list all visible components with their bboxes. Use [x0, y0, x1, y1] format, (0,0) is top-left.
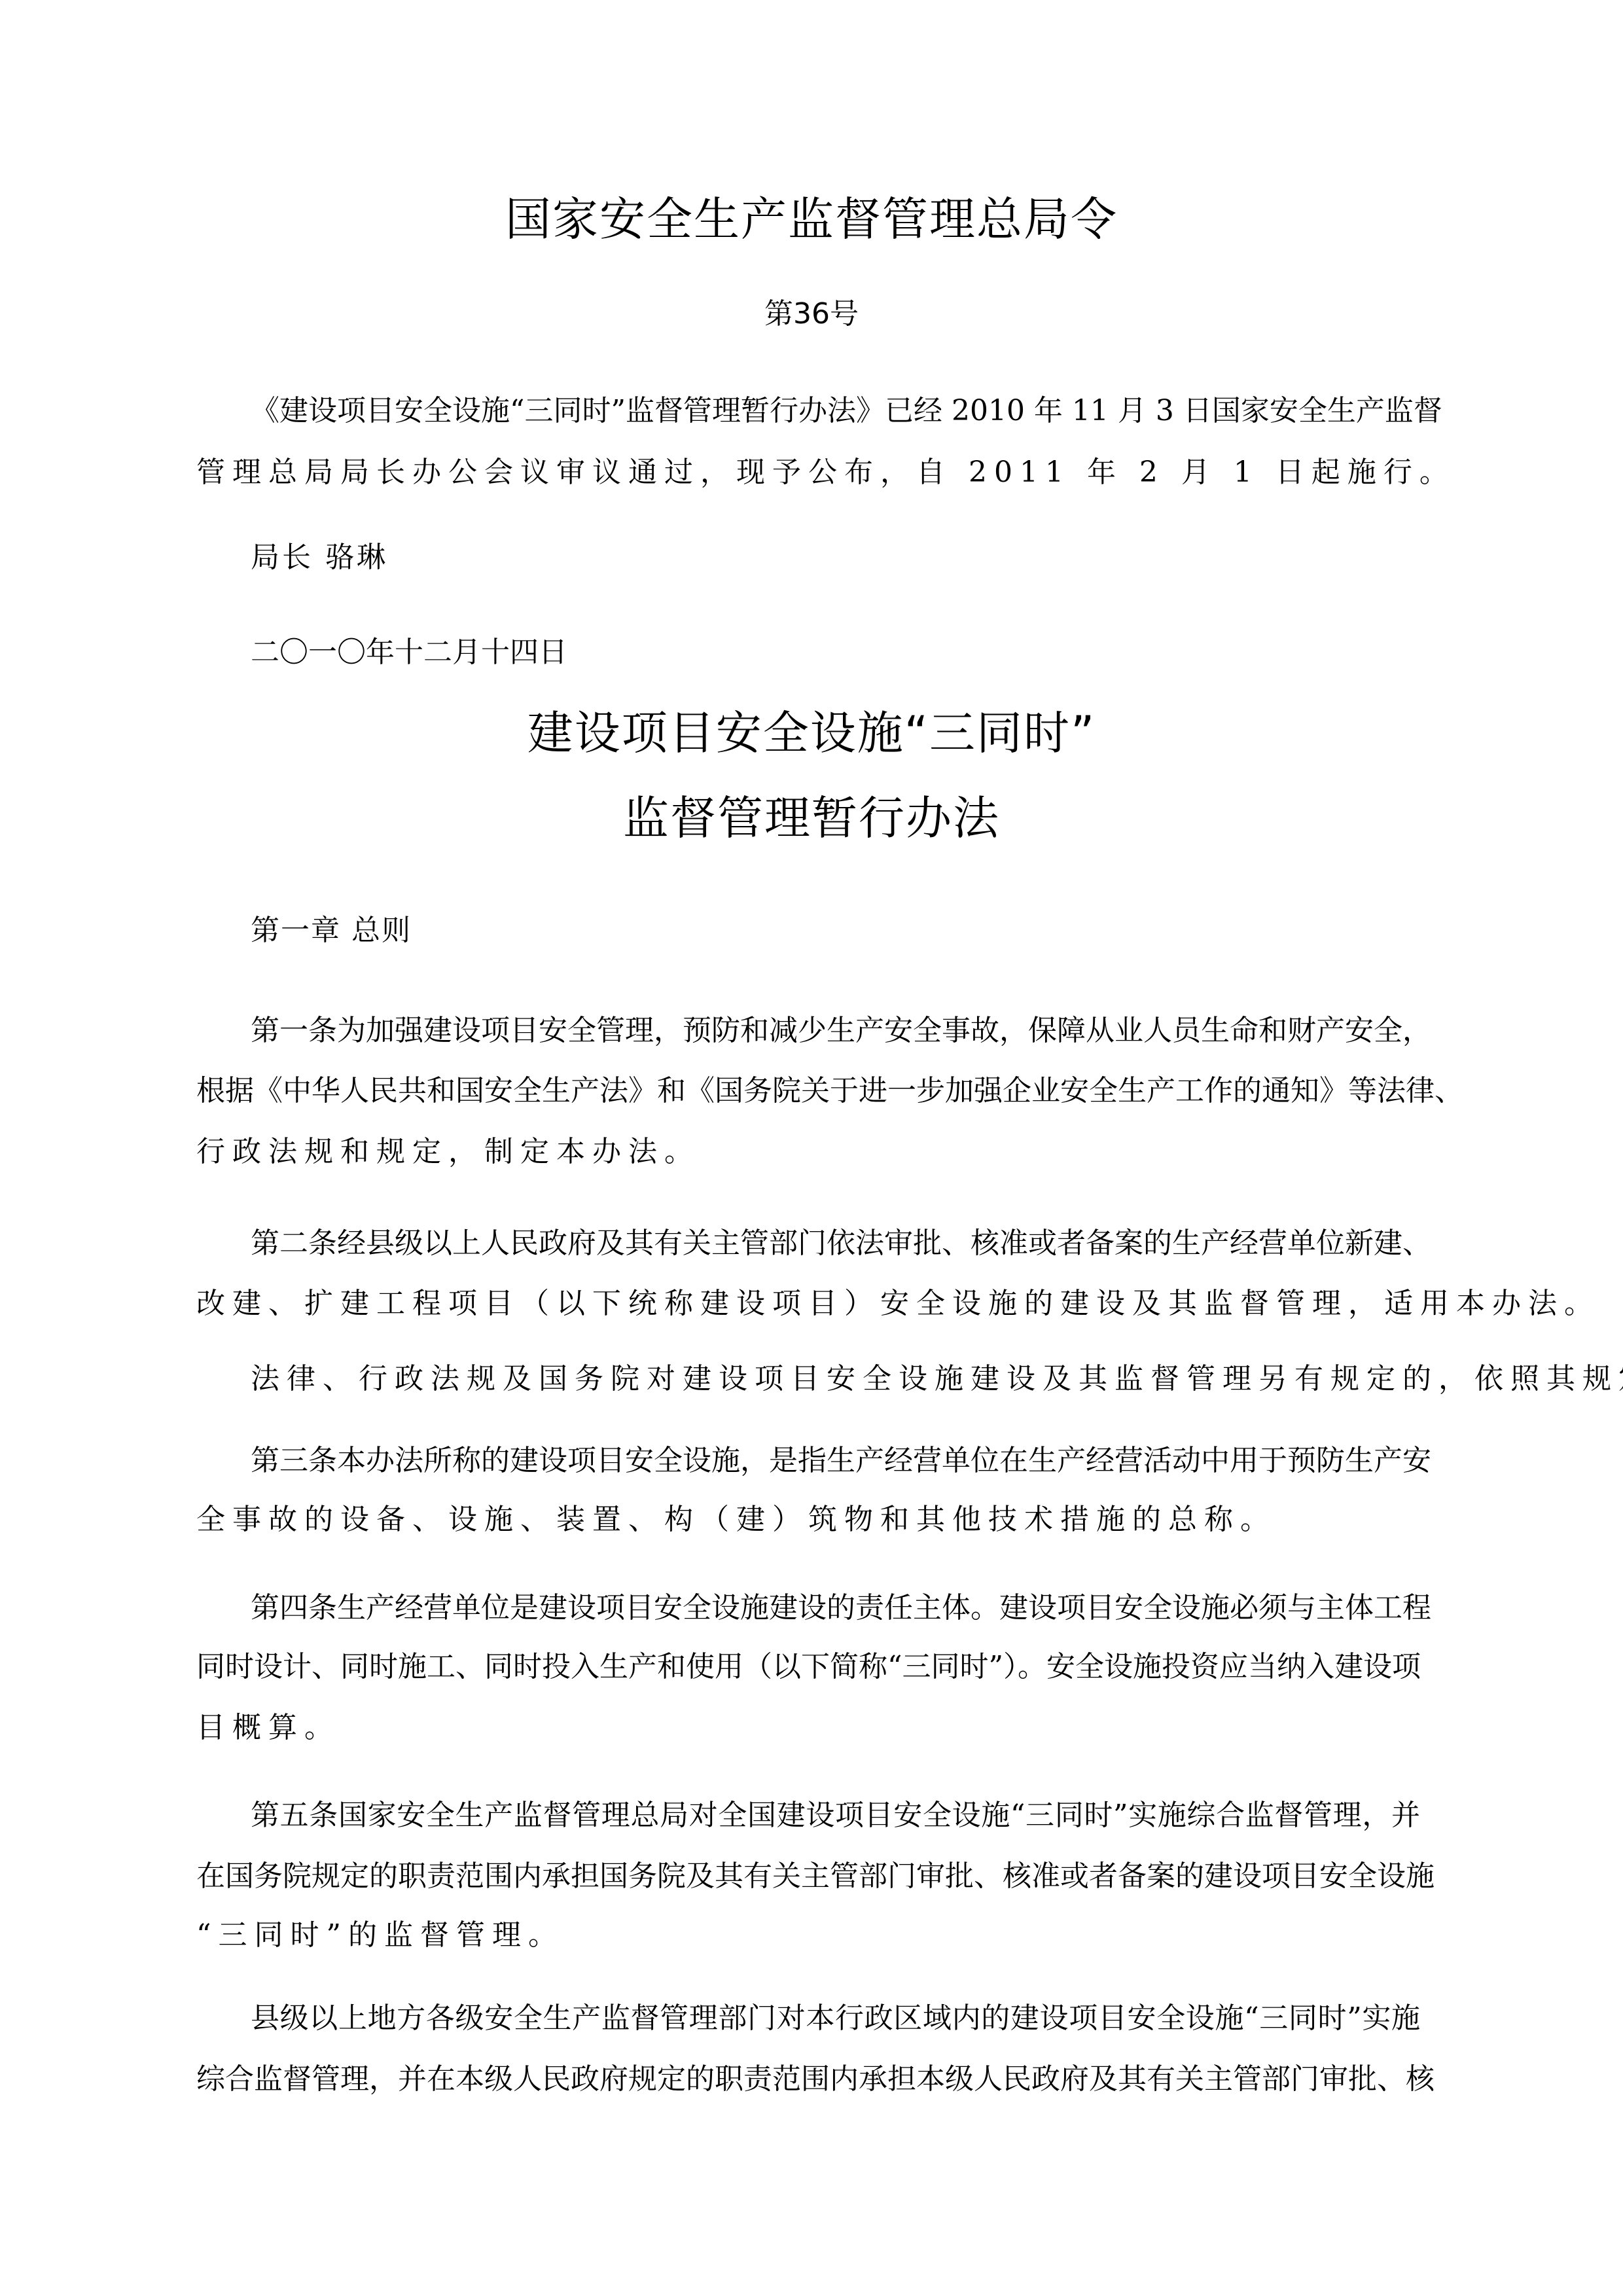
paragraph-line: 行政法规和规定，制定本办法。: [196, 1138, 700, 1166]
decree-number: 第36号: [0, 300, 1623, 329]
signing-date: 二〇一〇年十二月十四日: [251, 638, 567, 667]
paragraph-line: 全事故的设备、设施、装置、构（建）筑物和其他技术措施的总称。: [196, 1505, 1276, 1534]
paragraph-line: 法律、行政法规及国务院对建设项目安全设施建设及其监督管理另有规定的，依照其规定。: [251, 1365, 1623, 1393]
paragraph-line: 县级以上地方各级安全生产监督管理部门对本行政区域内的建设项目安全设施“三同时”实…: [251, 2004, 1420, 2033]
regulation-title-line1: 建设项目安全设施“三同时”: [0, 710, 1623, 756]
paragraph-line: 综合监督管理，并在本级人民政府规定的职责范围内承担本级人民政府及其有关主管部门审…: [196, 2065, 1420, 2094]
paragraph-line: 改建、扩建工程项目（以下统称建设项目）安全设施的建设及其监督管理，适用本办法。: [196, 1289, 1600, 1318]
paragraph-line: 第四条生产经营单位是建设项目安全设施建设的责任主体。建设项目安全设施必须与主体工…: [251, 1594, 1420, 1623]
regulation-title-line2: 监督管理暂行办法: [0, 795, 1623, 841]
chapter-heading: 第一章 总则: [251, 916, 412, 945]
paragraph-line: 第三条本办法所称的建设项目安全设施，是指生产经营单位在生产经营活动中用于预防生产…: [251, 1446, 1420, 1475]
paragraph-line: 管理总局局长办公会议审议通过，现予公布，自 2011 年 2 月 1 日起施行。: [196, 458, 1455, 487]
decree-title: 国家安全生产监督管理总局令: [0, 196, 1623, 242]
paragraph-line: 第二条经县级以上人民政府及其有关主管部门依法审批、核准或者备案的生产经营单位新建…: [251, 1229, 1420, 1258]
paragraph-line: 同时设计、同时施工、同时投入生产和使用（以下简称“三同时”）。安全设施投资应当纳…: [196, 1653, 1420, 1681]
paragraph-line: 《建设项目安全设施“三同时”监督管理暂行办法》已经 2010 年 11 月 3 …: [251, 397, 1420, 425]
paragraph-line: “三同时”的监督管理。: [196, 1921, 564, 1950]
paragraph-line: 目概算。: [196, 1713, 340, 1742]
paragraph-line: 根据《中华人民共和国安全生产法》和《国务院关于进一步加强企业安全生产工作的通知》…: [196, 1077, 1420, 1105]
paragraph-line: 第五条国家安全生产监督管理总局对全国建设项目安全设施“三同时”实施综合监督管理，…: [251, 1801, 1420, 1830]
document-page: 国家安全生产监督管理总局令 第36号 《建设项目安全设施“三同时”监督管理暂行办…: [0, 0, 1623, 2296]
signatory: 局长 骆琳: [251, 543, 388, 572]
paragraph-line: 在国务院规定的职责范围内承担国务院及其有关主管部门审批、核准或者备案的建设项目安…: [196, 1862, 1420, 1891]
paragraph-line: 第一条为加强建设项目安全管理，预防和减少生产安全事故，保障从业人员生命和财产安全…: [251, 1016, 1420, 1045]
